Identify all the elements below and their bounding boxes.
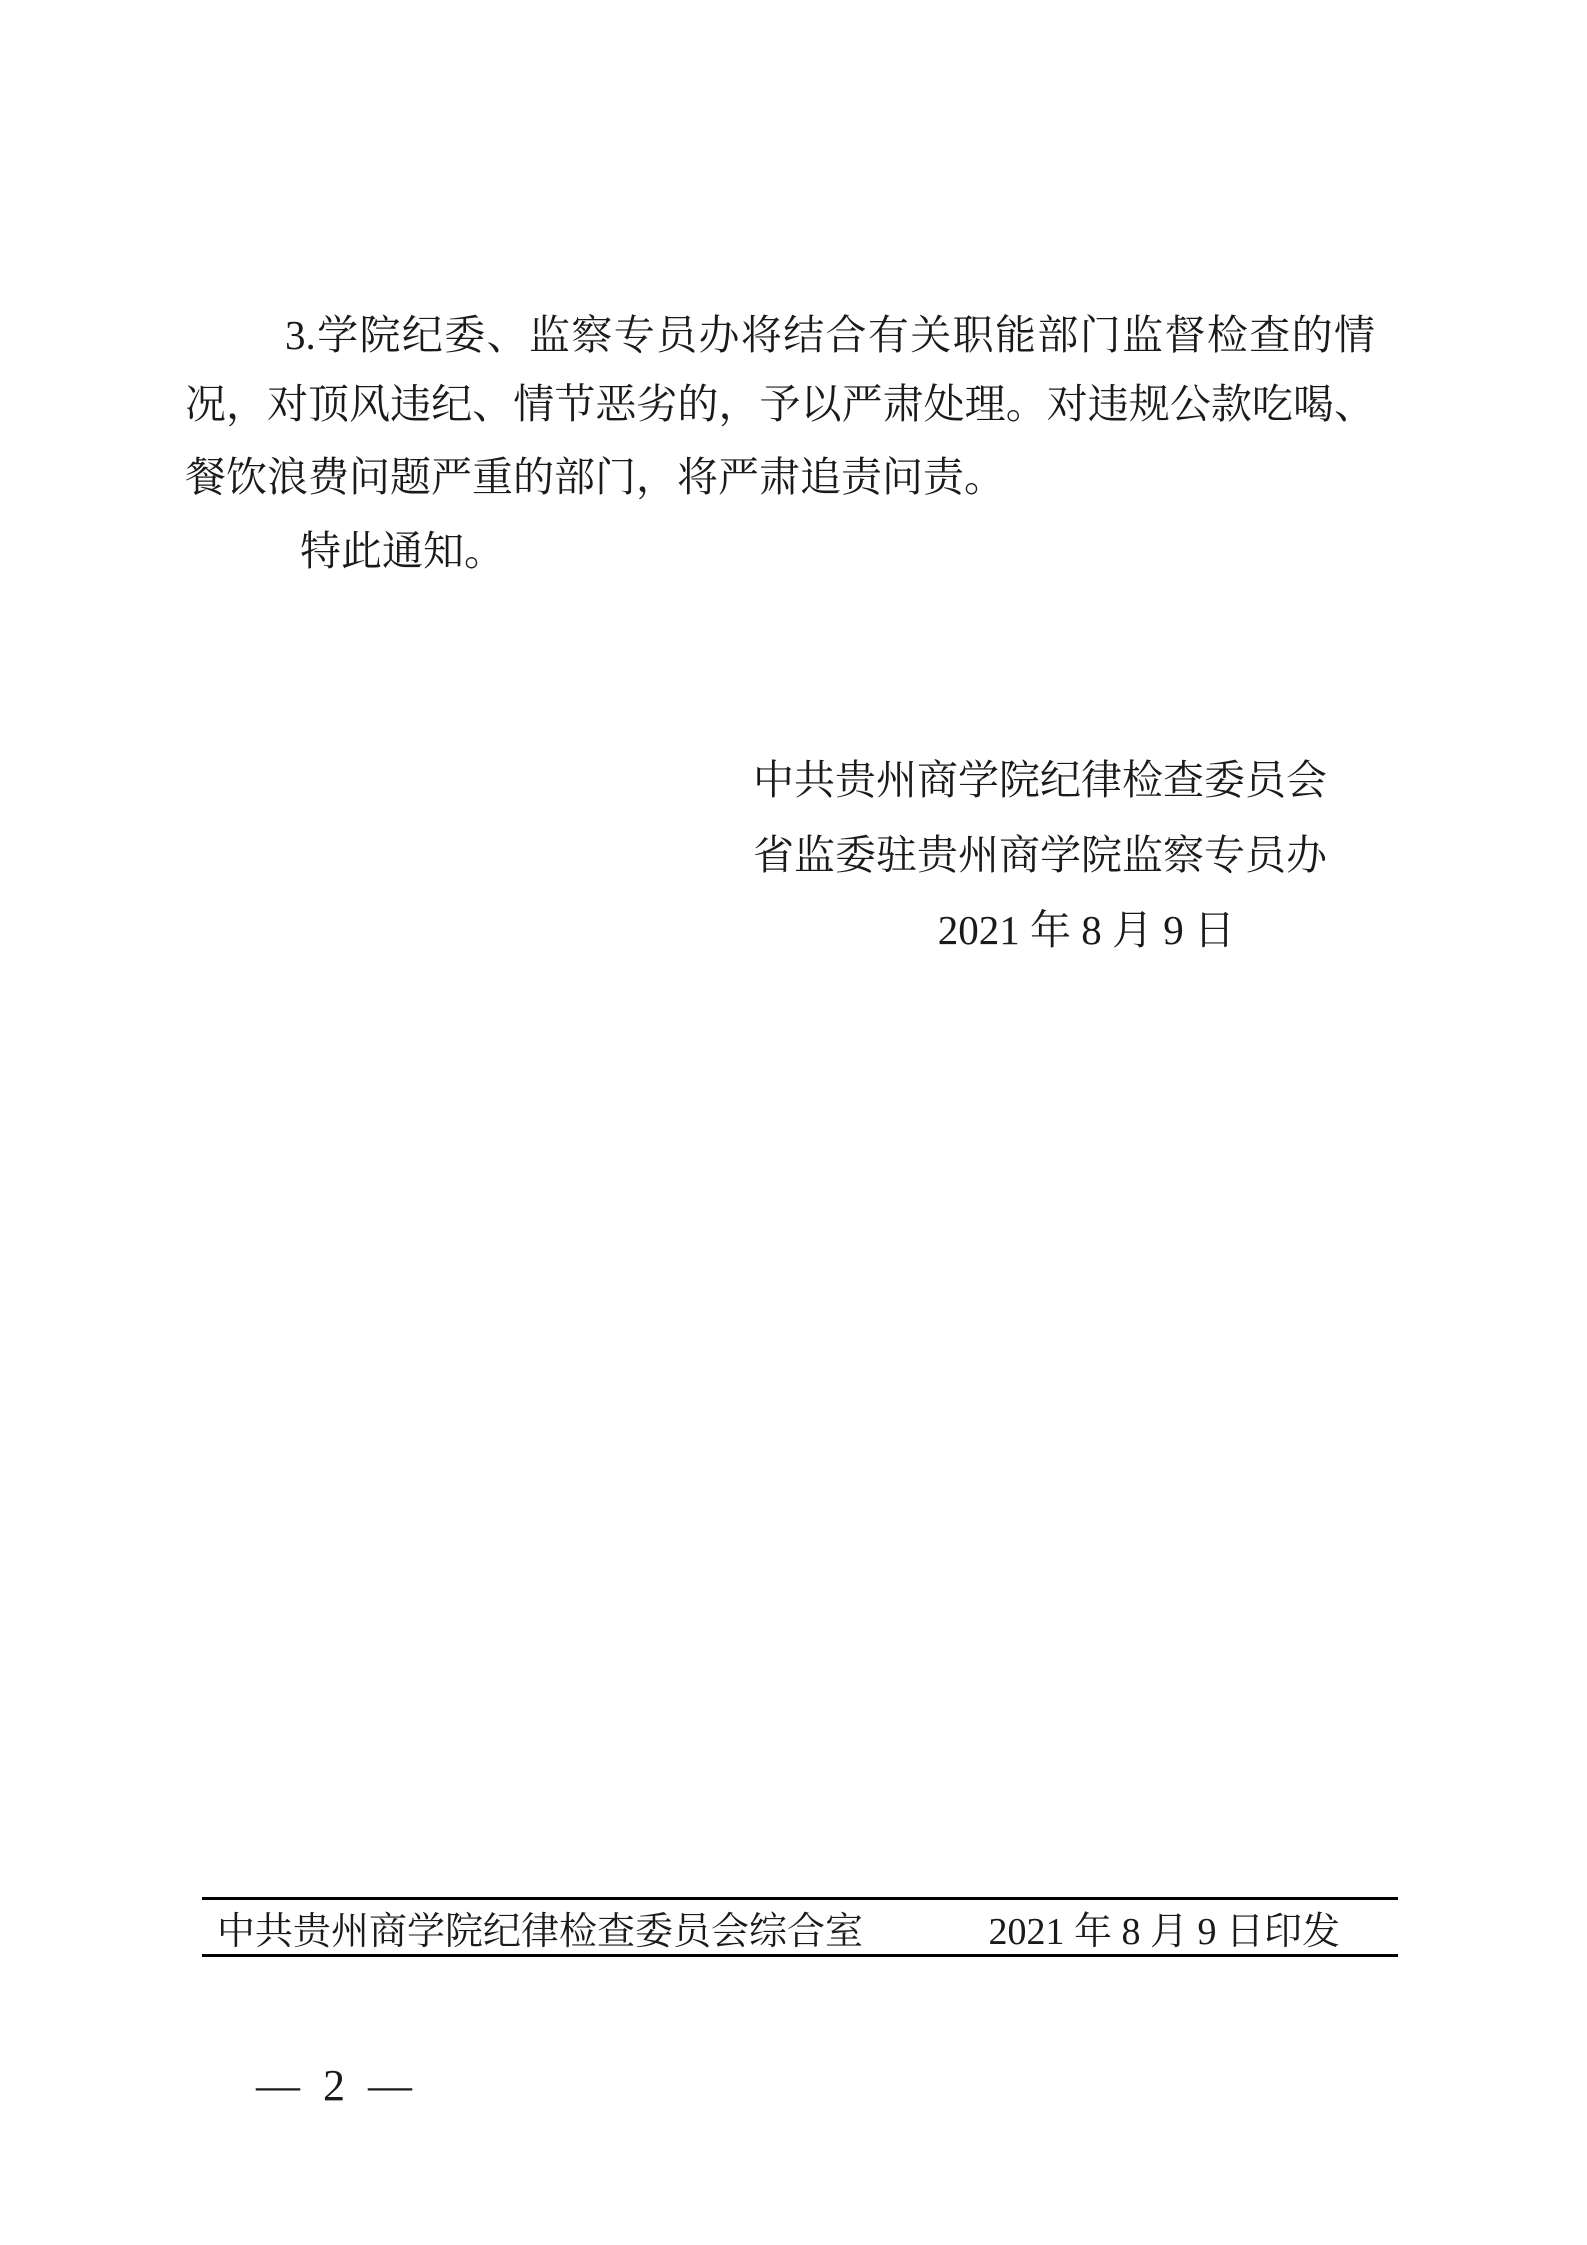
colophon-bar: 中共贵州商学院纪律检查委员会综合室 2021 年 8 月 9 日印发 — [202, 1897, 1398, 1957]
signature-date: 2021 年 8 月 9 日 — [753, 893, 1327, 968]
document-page: 3.学院纪委、监察专员办将结合有关职能部门监督检查的情 况，对顶风违纪、情节恶劣… — [0, 0, 1587, 2245]
colophon-issuing-office: 中共贵州商学院纪律检查委员会综合室 — [217, 1900, 863, 1955]
colophon-print-date: 2021 年 8 月 9 日印发 — [988, 1900, 1340, 1955]
closing-line: 特此通知。 — [185, 515, 1375, 588]
page-number: — 2 — — [256, 2063, 418, 2109]
signature-org-line2: 省监委驻贵州商学院监察专员办 — [753, 818, 1327, 893]
signature-org-line1: 中共贵州商学院纪律检查委员会 — [753, 743, 1327, 818]
signature-block: 中共贵州商学院纪律检查委员会 省监委驻贵州商学院监察专员办 2021 年 8 月… — [753, 743, 1327, 968]
body-paragraph-item3-line2: 况，对顶风违纪、情节恶劣的，予以严肃处理。对违规公款吃喝、 — [185, 368, 1375, 441]
body-paragraph-item3-line1: 3.学院纪委、监察专员办将结合有关职能部门监督检查的情 — [185, 299, 1375, 372]
body-paragraph-item3-line3: 餐饮浪费问题严重的部门，将严肃追责问责。 — [185, 441, 1375, 514]
